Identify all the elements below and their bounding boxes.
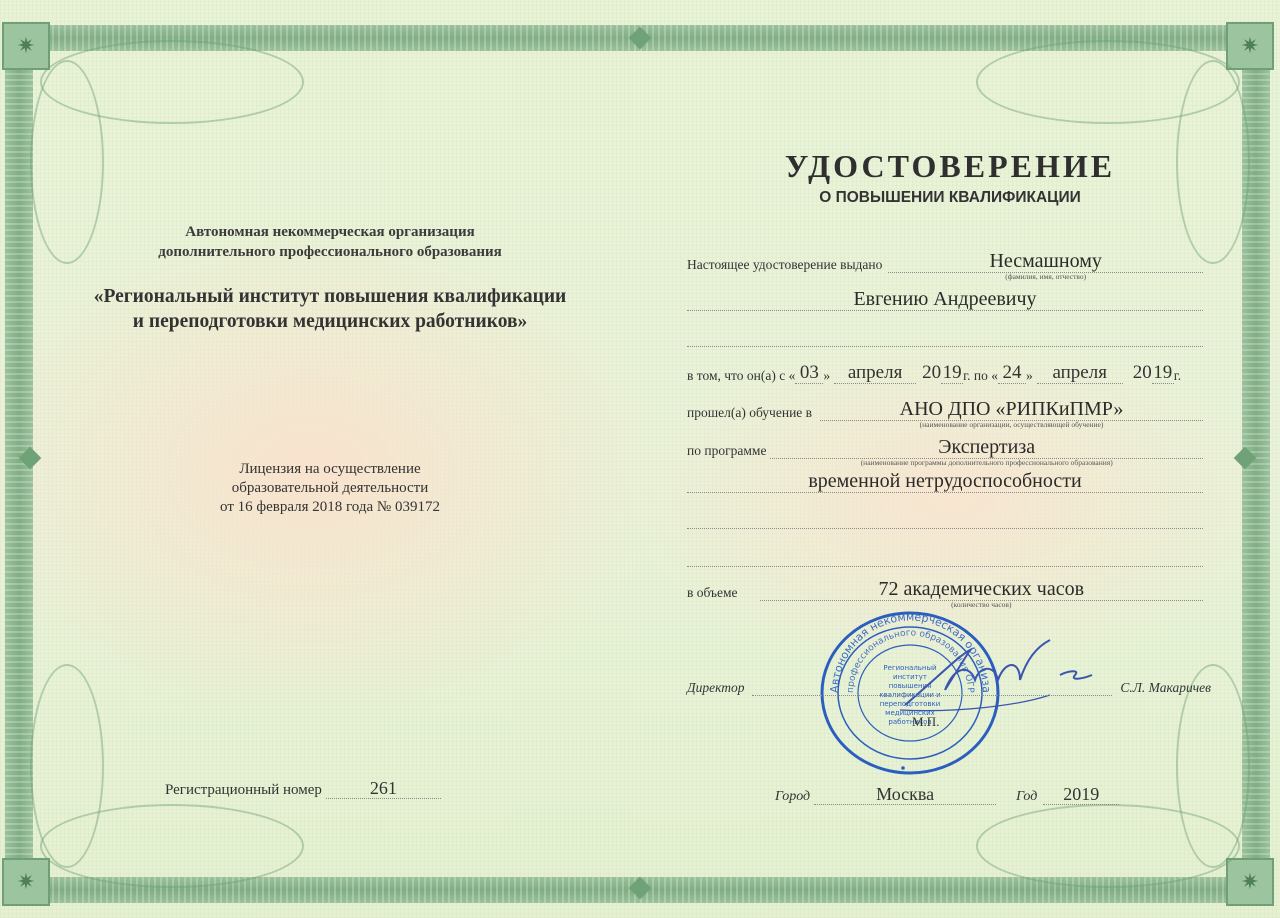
blank-line — [687, 508, 1203, 529]
certificate-title: УДОСТОВЕРЕНИЕ — [680, 148, 1220, 185]
registration-number: 261 — [326, 778, 441, 799]
year-value: 2019 — [1043, 784, 1119, 805]
quote: » — [1026, 368, 1033, 384]
seal-place-label: М.П. — [912, 714, 939, 730]
corner-ornament-icon: ✷ — [2, 858, 50, 906]
program-text: Экспертиза — [938, 436, 1035, 458]
program-line-2: временной нетрудоспособности — [687, 470, 1203, 493]
period-suffix: г. — [1174, 368, 1181, 384]
city-value: Москва — [814, 784, 996, 805]
volume-field: в объеме 72 академических часов (количес… — [687, 578, 1203, 601]
registration-label: Регистрационный номер — [165, 782, 322, 799]
director-label: Директор — [687, 680, 744, 696]
issued-to-label: Настоящее удостоверение выдано — [687, 257, 882, 273]
recipient-name: Евгению Андреевичу — [687, 288, 1203, 311]
start-year-prefix: 20 — [922, 362, 941, 384]
program-value: Экспертиза (наименование программы допол… — [770, 436, 1203, 459]
director-field: Директор С.Л. Макаричев — [687, 680, 1211, 696]
director-signature-line — [752, 694, 1112, 696]
period-mid: г. по « — [963, 368, 998, 384]
program-caption: (наименование программы дополнительного … — [770, 458, 1203, 467]
end-month: апреля — [1037, 363, 1123, 384]
trained-at-value: АНО ДПО «РИПКиПМР» (наименование организ… — [820, 398, 1203, 421]
blank-line — [687, 326, 1203, 347]
period-prefix: в том, что он(а) с « — [687, 368, 795, 384]
director-name: С.Л. Макаричев — [1120, 680, 1211, 696]
org-type-line: дополнительного профессионального образо… — [60, 242, 600, 262]
year-label: Год — [1016, 789, 1037, 805]
trained-at-caption: (наименование организации, осуществляюще… — [820, 420, 1203, 429]
guilloche-swirl — [30, 664, 104, 868]
trained-at-text: АНО ДПО «РИПКиПМР» — [900, 398, 1124, 420]
certificate-subtitle: О ПОВЫШЕНИИ КВАЛИФИКАЦИИ — [680, 189, 1220, 207]
end-year-suffix: 19 — [1152, 363, 1174, 384]
recipient-caption: (фамилия, имя, отчество) — [888, 272, 1203, 281]
training-period: в том, что он(а) с « 03 » апреля 20 19 г… — [687, 362, 1209, 384]
recipient-surname-text: Несмашному — [989, 250, 1101, 272]
institute-name-line: «Региональный институт повышения квалифи… — [60, 284, 600, 309]
volume-label: в объеме — [687, 585, 738, 601]
org-type-line: Автономная некоммерческая организация — [60, 222, 600, 242]
organization-type: Автономная некоммерческая организация до… — [60, 222, 600, 262]
volume-value: 72 академических часов (количество часов… — [760, 578, 1203, 601]
license-line: от 16 февраля 2018 года № 039172 — [60, 498, 600, 517]
quote: » — [823, 368, 830, 384]
issued-to-field: Настоящее удостоверение выдано Несмашном… — [687, 250, 1203, 273]
start-month: апреля — [834, 363, 916, 384]
start-year-suffix: 19 — [941, 363, 963, 384]
license-line: Лицензия на осуществление — [60, 460, 600, 479]
volume-text: 72 академических часов — [878, 578, 1084, 600]
program-field: по программе Экспертиза (наименование пр… — [687, 436, 1203, 459]
corner-ornament-icon: ✷ — [1226, 22, 1274, 70]
city-year-field: Город Москва Год 2019 — [775, 784, 1119, 805]
city-label: Город — [775, 789, 810, 805]
end-day: 24 — [998, 363, 1026, 384]
recipient-surname: Несмашному (фамилия, имя, отчество) — [888, 250, 1203, 273]
corner-ornament-icon: ✷ — [1226, 858, 1274, 906]
training-organization-field: прошел(а) обучение в АНО ДПО «РИПКиПМР» … — [687, 398, 1203, 421]
blank-line — [687, 546, 1203, 567]
corner-ornament-icon: ✷ — [2, 22, 50, 70]
program-label: по программе — [687, 443, 766, 459]
institute-name-line: и переподготовки медицинских работников» — [60, 309, 600, 334]
end-year-prefix: 20 — [1133, 362, 1152, 384]
license-line: образовательной деятельности — [60, 479, 600, 498]
trained-at-label: прошел(а) обучение в — [687, 405, 812, 421]
license-info: Лицензия на осуществление образовательно… — [60, 460, 600, 517]
registration-number-field: Регистрационный номер 261 — [165, 778, 441, 799]
start-day: 03 — [795, 363, 823, 384]
institute-name: «Региональный институт повышения квалифи… — [60, 284, 600, 334]
director-signature — [900, 635, 1100, 715]
